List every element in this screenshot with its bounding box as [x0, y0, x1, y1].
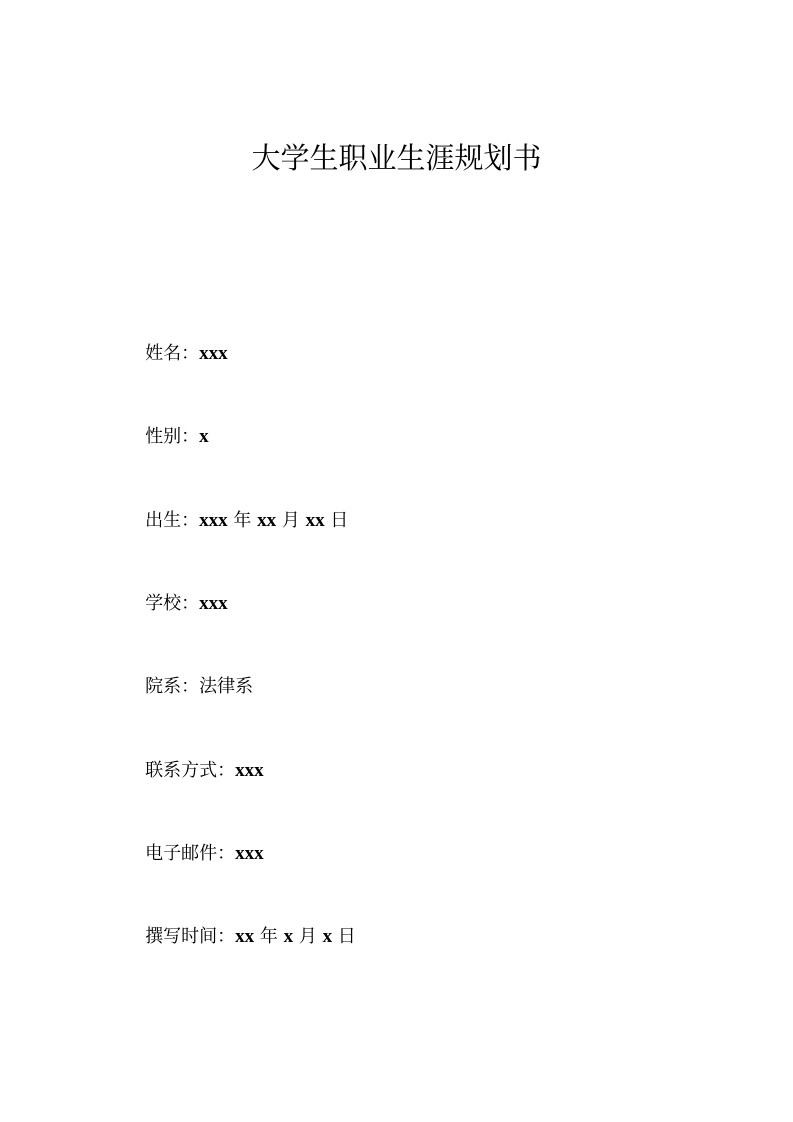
field-school: 学校：xxx — [121, 561, 228, 646]
day-unit: 日 — [325, 510, 349, 531]
day-unit: 日 — [332, 926, 356, 947]
year-unit: 年 — [254, 926, 283, 947]
field-label: 院系： — [145, 676, 199, 697]
field-label: 出生： — [145, 510, 199, 531]
field-value: 法律系 — [199, 676, 253, 697]
field-label: 姓名： — [145, 343, 199, 364]
field-label: 联系方式： — [145, 760, 235, 781]
field-value: xxx — [199, 593, 228, 614]
month-unit: 月 — [276, 510, 305, 531]
field-value: xxx — [235, 843, 264, 864]
field-label: 电子邮件： — [145, 843, 235, 864]
birth-day: xx — [306, 510, 325, 531]
field-email: 电子邮件：xxx — [121, 811, 264, 896]
written-day: x — [323, 926, 333, 947]
field-written-date: 撰写时间：xx 年 x 月 x 日 — [121, 894, 356, 979]
field-department: 院系：法律系 — [121, 644, 253, 729]
year-unit: 年 — [228, 510, 257, 531]
field-value: xxx — [199, 343, 228, 364]
field-value: x — [199, 426, 209, 447]
field-label: 撰写时间： — [145, 926, 235, 947]
written-month: x — [284, 926, 294, 947]
birth-year: xxx — [199, 510, 228, 531]
field-label: 性别： — [145, 426, 199, 447]
written-year: xx — [235, 926, 254, 947]
field-contact: 联系方式：xxx — [121, 728, 264, 813]
month-unit: 月 — [293, 926, 322, 947]
field-birth: 出生：xxx 年 xx 月 xx 日 — [121, 478, 348, 563]
field-value: xxx — [235, 760, 264, 781]
field-label: 学校： — [145, 593, 199, 614]
document-title: 大学生职业生涯规划书 — [0, 138, 793, 178]
birth-month: xx — [257, 510, 276, 531]
field-name: 姓名：xxx — [121, 311, 228, 396]
field-gender: 性别：x — [121, 394, 209, 479]
